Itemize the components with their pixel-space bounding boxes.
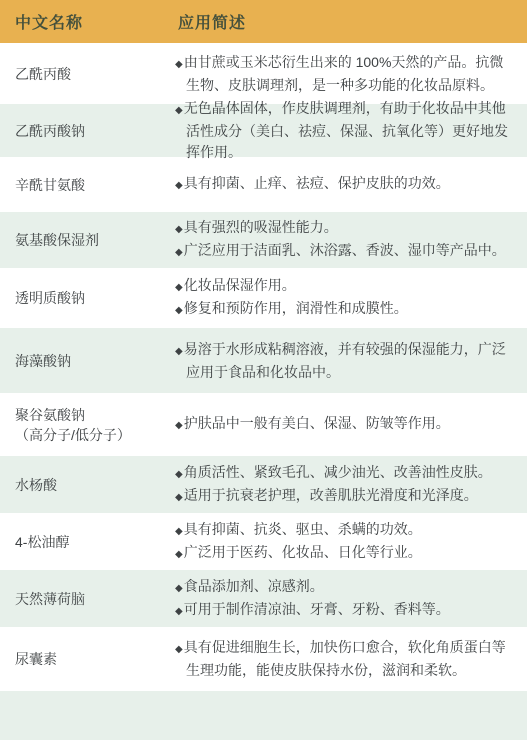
diamond-bullet-icon: ◆: [175, 224, 183, 235]
diamond-bullet-icon: ◆: [175, 420, 183, 431]
ingredient-description: ◆化妆品保湿作用。 ◆修复和预防作用，润滑性和成膜性。: [160, 268, 527, 328]
bullet-item: ◆具有抑菌、抗炎、驱虫、杀螨的功效。: [175, 519, 517, 542]
bullet-text: 食品添加剂、凉感剂。: [184, 578, 324, 594]
ingredient-description: ◆由甘蔗或玉米芯衍生出来的 100%天然的产品。抗微生物、皮肤调理剂，是一种多功…: [160, 43, 527, 104]
bullet-item: ◆食品添加剂、凉感剂。: [175, 576, 517, 599]
bullet-item: ◆无色晶体固体，作皮肤调理剂，有助于化妆品中其他活性成分（美白、祛痘、保湿、抗氧…: [175, 98, 517, 163]
ingredient-name: 4-松油醇: [0, 513, 160, 570]
bullet-item: ◆具有强烈的吸湿性能力。: [175, 217, 517, 240]
diamond-bullet-icon: ◆: [175, 469, 183, 480]
diamond-bullet-icon: ◆: [175, 346, 183, 357]
bullet-item: ◆护肤品中一般有美白、保湿、防皱等作用。: [175, 413, 517, 436]
diamond-bullet-icon: ◆: [175, 492, 183, 503]
ingredient-name: 乙酰丙酸钠: [0, 104, 160, 157]
diamond-bullet-icon: ◆: [175, 644, 183, 655]
ingredient-description: ◆护肤品中一般有美白、保湿、防皱等作用。: [160, 393, 527, 456]
table-row: 海藻酸钠 ◆易溶于水形成粘稠溶液，并有较强的保湿能力，广泛应用于食品和化妆品中。: [0, 328, 527, 393]
bullet-item: ◆广泛用于医药、化妆品、日化等行业。: [175, 542, 517, 565]
diamond-bullet-icon: ◆: [175, 180, 183, 191]
table-row: 氨基酸保湿剂 ◆具有强烈的吸湿性能力。 ◆广泛应用于洁面乳、沐浴露、香波、湿巾等…: [0, 212, 527, 268]
table-row: 辛酰甘氨酸 ◆具有抑菌、止痒、祛痘、保护皮肤的功效。: [0, 157, 527, 212]
bullet-item: ◆化妆品保湿作用。: [175, 275, 517, 298]
bullet-text: 可用于制作清凉油、牙膏、牙粉、香料等。: [184, 601, 450, 617]
ingredients-table-page: 中文名称 应用简述 乙酰丙酸 ◆由甘蔗或玉米芯衍生出来的 100%天然的产品。抗…: [0, 0, 527, 740]
bullet-item: ◆角质活性、紧致毛孔、减少油光、改善油性皮肤。: [175, 462, 517, 485]
bullet-text: 化妆品保湿作用。: [184, 277, 296, 293]
table-row: 乙酰丙酸 ◆由甘蔗或玉米芯衍生出来的 100%天然的产品。抗微生物、皮肤调理剂，…: [0, 43, 527, 104]
diamond-bullet-icon: ◆: [175, 606, 183, 617]
bullet-item: ◆具有促进细胞生长，加快伤口愈合，软化角质蛋白等生理功能，能使皮肤保持水份，滋润…: [175, 637, 517, 681]
table-row: 聚谷氨酸钠 （高分子/低分子） ◆护肤品中一般有美白、保湿、防皱等作用。: [0, 393, 527, 456]
bullet-item: ◆修复和预防作用，润滑性和成膜性。: [175, 298, 517, 321]
table-row: 4-松油醇 ◆具有抑菌、抗炎、驱虫、杀螨的功效。 ◆广泛用于医药、化妆品、日化等…: [0, 513, 527, 570]
ingredient-description: ◆易溶于水形成粘稠溶液，并有较强的保湿能力，广泛应用于食品和化妆品中。: [160, 328, 527, 393]
table-row: 尿囊素 ◆具有促进细胞生长，加快伤口愈合，软化角质蛋白等生理功能，能使皮肤保持水…: [0, 627, 527, 691]
ingredient-name: 海藻酸钠: [0, 328, 160, 393]
bullet-text: 广泛用于医药、化妆品、日化等行业。: [184, 544, 422, 560]
bullet-text: 易溶于水形成粘稠溶液，并有较强的保湿能力，广泛应用于食品和化妆品中。: [184, 341, 506, 380]
diamond-bullet-icon: ◆: [175, 549, 183, 560]
ingredient-name: 聚谷氨酸钠 （高分子/低分子）: [0, 393, 160, 456]
bullet-text: 广泛应用于洁面乳、沐浴露、香波、湿巾等产品中。: [184, 242, 506, 258]
bullet-text: 具有强烈的吸湿性能力。: [184, 219, 338, 235]
bullet-text: 修复和预防作用，润滑性和成膜性。: [184, 300, 408, 316]
ingredient-name-line1: 聚谷氨酸钠: [15, 405, 160, 425]
empty-footer-row: [0, 691, 527, 740]
column-header-application: 应用简述: [160, 10, 527, 33]
ingredient-name: 尿囊素: [0, 627, 160, 691]
table-header: 中文名称 应用简述: [0, 0, 527, 43]
ingredient-name: 天然薄荷脑: [0, 570, 160, 627]
table-row: 天然薄荷脑 ◆食品添加剂、凉感剂。 ◆可用于制作清凉油、牙膏、牙粉、香料等。: [0, 570, 527, 627]
ingredient-description: ◆具有促进细胞生长，加快伤口愈合，软化角质蛋白等生理功能，能使皮肤保持水份，滋润…: [160, 627, 527, 691]
bullet-text: 适用于抗衰老护理，改善肌肤光滑度和光泽度。: [184, 487, 478, 503]
ingredient-name: 水杨酸: [0, 456, 160, 513]
diamond-bullet-icon: ◆: [175, 282, 183, 293]
ingredient-description: ◆无色晶体固体，作皮肤调理剂，有助于化妆品中其他活性成分（美白、祛痘、保湿、抗氧…: [160, 104, 527, 157]
bullet-text: 具有促进细胞生长，加快伤口愈合，软化角质蛋白等生理功能，能使皮肤保持水份，滋润和…: [184, 639, 506, 678]
bullet-text: 护肤品中一般有美白、保湿、防皱等作用。: [184, 415, 450, 431]
bullet-item: ◆由甘蔗或玉米芯衍生出来的 100%天然的产品。抗微生物、皮肤调理剂，是一种多功…: [175, 52, 517, 96]
column-header-chinese-name: 中文名称: [0, 10, 160, 33]
bullet-item: ◆适用于抗衰老护理，改善肌肤光滑度和光泽度。: [175, 485, 517, 508]
ingredient-name: 透明质酸钠: [0, 268, 160, 328]
diamond-bullet-icon: ◆: [175, 59, 183, 70]
bullet-item: ◆具有抑菌、止痒、祛痘、保护皮肤的功效。: [175, 173, 517, 196]
bullet-text: 具有抑菌、止痒、祛痘、保护皮肤的功效。: [184, 175, 450, 191]
diamond-bullet-icon: ◆: [175, 247, 183, 258]
bullet-item: ◆易溶于水形成粘稠溶液，并有较强的保湿能力，广泛应用于食品和化妆品中。: [175, 339, 517, 383]
bullet-text: 由甘蔗或玉米芯衍生出来的 100%天然的产品。抗微生物、皮肤调理剂，是一种多功能…: [184, 54, 504, 93]
bullet-item: ◆可用于制作清凉油、牙膏、牙粉、香料等。: [175, 599, 517, 622]
ingredient-description: ◆食品添加剂、凉感剂。 ◆可用于制作清凉油、牙膏、牙粉、香料等。: [160, 570, 527, 627]
table-row: 透明质酸钠 ◆化妆品保湿作用。 ◆修复和预防作用，润滑性和成膜性。: [0, 268, 527, 328]
ingredient-description: ◆具有抑菌、止痒、祛痘、保护皮肤的功效。: [160, 157, 527, 212]
ingredient-name-line2: （高分子/低分子）: [15, 425, 160, 445]
bullet-text: 角质活性、紧致毛孔、减少油光、改善油性皮肤。: [184, 464, 492, 480]
ingredient-description: ◆角质活性、紧致毛孔、减少油光、改善油性皮肤。 ◆适用于抗衰老护理，改善肌肤光滑…: [160, 456, 527, 513]
diamond-bullet-icon: ◆: [175, 105, 183, 116]
diamond-bullet-icon: ◆: [175, 583, 183, 594]
bullet-item: ◆广泛应用于洁面乳、沐浴露、香波、湿巾等产品中。: [175, 240, 517, 263]
diamond-bullet-icon: ◆: [175, 526, 183, 537]
diamond-bullet-icon: ◆: [175, 305, 183, 316]
bullet-text: 具有抑菌、抗炎、驱虫、杀螨的功效。: [184, 521, 422, 537]
table-row: 乙酰丙酸钠 ◆无色晶体固体，作皮肤调理剂，有助于化妆品中其他活性成分（美白、祛痘…: [0, 104, 527, 157]
bullet-text: 无色晶体固体，作皮肤调理剂，有助于化妆品中其他活性成分（美白、祛痘、保湿、抗氧化…: [184, 100, 508, 160]
ingredient-description: ◆具有强烈的吸湿性能力。 ◆广泛应用于洁面乳、沐浴露、香波、湿巾等产品中。: [160, 212, 527, 268]
ingredient-name: 乙酰丙酸: [0, 43, 160, 104]
ingredient-name: 辛酰甘氨酸: [0, 157, 160, 212]
ingredient-description: ◆具有抑菌、抗炎、驱虫、杀螨的功效。 ◆广泛用于医药、化妆品、日化等行业。: [160, 513, 527, 570]
table-row: 水杨酸 ◆角质活性、紧致毛孔、减少油光、改善油性皮肤。 ◆适用于抗衰老护理，改善…: [0, 456, 527, 513]
ingredient-name: 氨基酸保湿剂: [0, 212, 160, 268]
